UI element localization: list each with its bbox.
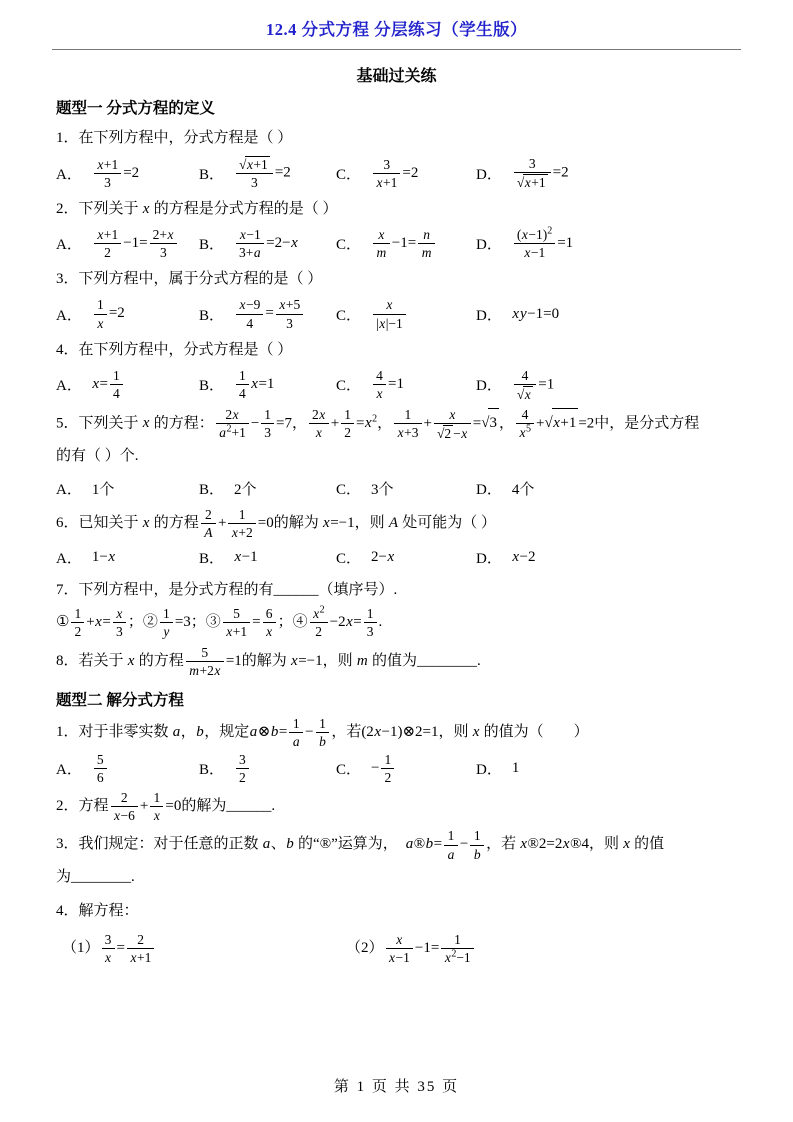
options-row: A．x+12−1=2+x3B．x−13+a=2−xC．xm−1=nmD．(x−1… [56, 227, 737, 260]
option-formula: 1x=2 [92, 297, 125, 330]
option-formula: 56 [92, 752, 109, 785]
worksheet-page: 12.4 分式方程 分层练习（学生版） 基础过关练 题型一 分式方程的定义1．在… [0, 0, 793, 965]
question-line: 为________. [56, 863, 737, 892]
options-row: A．x+13=2B．√x+13=2C．3x+1=2D．3√x+1=2 [56, 156, 737, 190]
option-C: C．3个 [336, 478, 476, 499]
option-label: D． [476, 304, 502, 325]
question-line: 5．下列关于 x 的方程：2xa2+1−13=7，2xx+12=x2，1x+3+… [56, 407, 737, 441]
section-group-title: 基础过关练 [56, 63, 737, 86]
option-B: B．2个 [199, 478, 336, 499]
option-A: A．x+12−1=2+x3 [56, 227, 199, 260]
section-heading: 题型二 解分式方程 [56, 688, 737, 710]
question-line: 1．在下列方程中，分式方程是（ ） [56, 124, 737, 153]
option-formula: 32 [234, 752, 251, 785]
option-label: B． [199, 478, 224, 499]
question-line: 的有（ ）个. [56, 442, 737, 471]
question: 8．若关于 x 的方程5m+2x=1的解为 x=−1，则 m 的值为______… [56, 645, 737, 678]
option-label: C． [336, 233, 361, 254]
option-formula: x+12−1=2+x3 [92, 227, 179, 260]
section: 题型一 分式方程的定义1．在下列方程中，分式方程是（ ）A．x+13=2B．√x… [56, 96, 737, 678]
option-label: C． [336, 163, 361, 184]
option-label: B． [199, 374, 224, 395]
option-formula: 4个 [512, 478, 535, 499]
option-C: C．2−x [336, 547, 476, 568]
question: 2．方程2x−6+1x=0的解为______. [56, 790, 737, 823]
question: 4．在下列方程中，分式方程是（ ）A．x=14B．14x=1C．4x=1D．4√… [56, 336, 737, 402]
question: 3．我们规定：对于任意的正数 a、b 的“®”运算为， a®b=1a−1b，若 … [56, 828, 737, 891]
option-B: B．14x=1 [199, 368, 336, 401]
option-label: C． [336, 758, 361, 779]
question: 2．下列关于 x 的方程是分式方程的是（ ）A．x+12−1=2+x3B．x−1… [56, 195, 737, 260]
option-B: B．x−13+a=2−x [199, 227, 336, 260]
option-label: D． [476, 163, 502, 184]
option-formula: x+13=2 [92, 157, 139, 190]
option-label: B． [199, 233, 224, 254]
question-line: 4．解方程： [56, 897, 737, 926]
option-D: D．4√x=1 [476, 368, 737, 402]
option-D: D．(x−1)2x−1=1 [476, 227, 737, 260]
question-line: ①12+x=x3；②1y=3；③5x+1=6x；④x22−2x=13. [56, 606, 737, 639]
page-title: 12.4 分式方程 分层练习（学生版） [56, 16, 737, 40]
option-A: A．1x=2 [56, 297, 199, 330]
option-formula: 14x=1 [234, 368, 274, 401]
option-formula: −12 [371, 752, 396, 785]
option-label: A． [56, 304, 82, 325]
option-label: C． [336, 304, 361, 325]
option-formula: x−1 [234, 549, 258, 566]
option-label: A． [56, 233, 82, 254]
option-formula: 1−x [92, 549, 116, 566]
option-formula: 3x+1=2 [371, 157, 418, 190]
subpart-2: （2）xx−1−1=1x2−1 [346, 932, 737, 965]
option-D: D．1 [476, 758, 737, 779]
question-line: 2．方程2x−6+1x=0的解为______. [56, 790, 737, 823]
title-divider [52, 49, 741, 50]
option-label: A． [56, 163, 82, 184]
option-label: A． [56, 758, 82, 779]
question-line: 7．下列方程中，是分式方程的有______（填序号）. [56, 576, 737, 605]
option-formula: x|x|−1 [371, 297, 408, 330]
option-formula: 2个 [234, 478, 257, 499]
option-formula: 1个 [92, 478, 115, 499]
option-label: D． [476, 233, 502, 254]
option-formula: 4x=1 [371, 368, 404, 401]
option-A: A．1−x [56, 547, 199, 568]
option-D: D．4个 [476, 478, 737, 499]
option-B: B．x−1 [199, 547, 336, 568]
option-D: D．x−2 [476, 547, 737, 568]
option-label: A． [56, 374, 82, 395]
option-formula: √x+13=2 [234, 156, 291, 190]
option-label: B． [199, 304, 224, 325]
option-B: B．x−94=x+53 [199, 297, 336, 330]
option-formula: xy−1=0 [512, 306, 559, 323]
question-line: 3．我们规定：对于任意的正数 a、b 的“®”运算为， a®b=1a−1b，若 … [56, 828, 737, 861]
option-label: B． [199, 547, 224, 568]
question: 5．下列关于 x 的方程：2xa2+1−13=7，2xx+12=x2，1x+3+… [56, 407, 737, 502]
option-C: C．xm−1=nm [336, 227, 476, 260]
option-C: C．3x+1=2 [336, 157, 476, 190]
option-A: A．x=14 [56, 368, 199, 401]
option-D: D．3√x+1=2 [476, 156, 737, 190]
options-row: A．56B．32C．−12D．1 [56, 752, 737, 785]
option-A: A．x+13=2 [56, 157, 199, 190]
question-line: 3．下列方程中，属于分式方程的是（ ） [56, 265, 737, 294]
option-formula: x−13+a=2−x [234, 227, 298, 260]
option-label: C． [336, 374, 361, 395]
question-line: 6．已知关于 x 的方程2A+1x+2=0的解为 x=−1，则 A 处可能为（ … [56, 507, 737, 540]
options-row: A．x=14B．14x=1C．4x=1D．4√x=1 [56, 368, 737, 402]
question-line: 4．在下列方程中，分式方程是（ ） [56, 336, 737, 365]
page-number: 第 1 页 共 35 页 [0, 1075, 793, 1096]
options-row: A．1−xB．x−1C．2−xD．x−2 [56, 543, 737, 571]
question: 4．解方程：（1）3x=2x+1（2）xx−1−1=1x2−1 [56, 897, 737, 965]
question: 3．下列方程中，属于分式方程的是（ ）A．1x=2B．x−94=x+53C．x|… [56, 265, 737, 330]
option-formula: 3√x+1=2 [512, 156, 569, 190]
option-B: B．32 [199, 752, 336, 785]
sections: 题型一 分式方程的定义1．在下列方程中，分式方程是（ ）A．x+13=2B．√x… [56, 96, 737, 965]
question-line: 8．若关于 x 的方程5m+2x=1的解为 x=−1，则 m 的值为______… [56, 645, 737, 678]
option-D: D．xy−1=0 [476, 304, 737, 325]
subpart-1: （1）3x=2x+1 [56, 932, 346, 965]
options-row: A．1x=2B．x−94=x+53C．x|x|−1D．xy−1=0 [56, 297, 737, 330]
option-formula: 2−x [371, 549, 395, 566]
option-formula: xm−1=nm [371, 227, 437, 260]
section: 题型二 解分式方程1．对于非零实数 a，b，规定a⊗b=1a−1b，若(2x−1… [56, 688, 737, 965]
option-label: B． [199, 758, 224, 779]
option-label: C． [336, 547, 361, 568]
option-label: B． [199, 163, 224, 184]
option-formula: x−94=x+53 [234, 297, 305, 330]
question-line: 2．下列关于 x 的方程是分式方程的是（ ） [56, 195, 737, 224]
subparts-row: （1）3x=2x+1（2）xx−1−1=1x2−1 [56, 932, 737, 965]
option-label: A． [56, 478, 82, 499]
option-formula: (x−1)2x−1=1 [512, 227, 573, 260]
question: 1．对于非零实数 a，b，规定a⊗b=1a−1b，若(2x−1)⊗2=1，则 x… [56, 716, 737, 785]
option-label: D． [476, 547, 502, 568]
option-formula: 4√x=1 [512, 368, 554, 402]
option-formula: 1 [512, 760, 520, 777]
option-label: A． [56, 547, 82, 568]
option-formula: 3个 [371, 478, 394, 499]
option-C: C．4x=1 [336, 368, 476, 401]
option-formula: x−2 [512, 549, 536, 566]
option-label: D． [476, 374, 502, 395]
question-line: 1．对于非零实数 a，b，规定a⊗b=1a−1b，若(2x−1)⊗2=1，则 x… [56, 716, 737, 749]
option-A: A．1个 [56, 478, 199, 499]
option-formula: x=14 [92, 368, 125, 401]
options-row: A．1个B．2个C．3个D．4个 [56, 474, 737, 502]
option-label: C． [336, 478, 361, 499]
option-C: C．−12 [336, 752, 476, 785]
question: 7．下列方程中，是分式方程的有______（填序号）.①12+x=x3；②1y=… [56, 576, 737, 639]
option-label: D． [476, 758, 502, 779]
option-A: A．56 [56, 752, 199, 785]
option-label: D． [476, 478, 502, 499]
option-B: B．√x+13=2 [199, 156, 336, 190]
option-C: C．x|x|−1 [336, 297, 476, 330]
section-heading: 题型一 分式方程的定义 [56, 96, 737, 118]
question: 1．在下列方程中，分式方程是（ ）A．x+13=2B．√x+13=2C．3x+1… [56, 124, 737, 190]
question: 6．已知关于 x 的方程2A+1x+2=0的解为 x=−1，则 A 处可能为（ … [56, 507, 737, 571]
